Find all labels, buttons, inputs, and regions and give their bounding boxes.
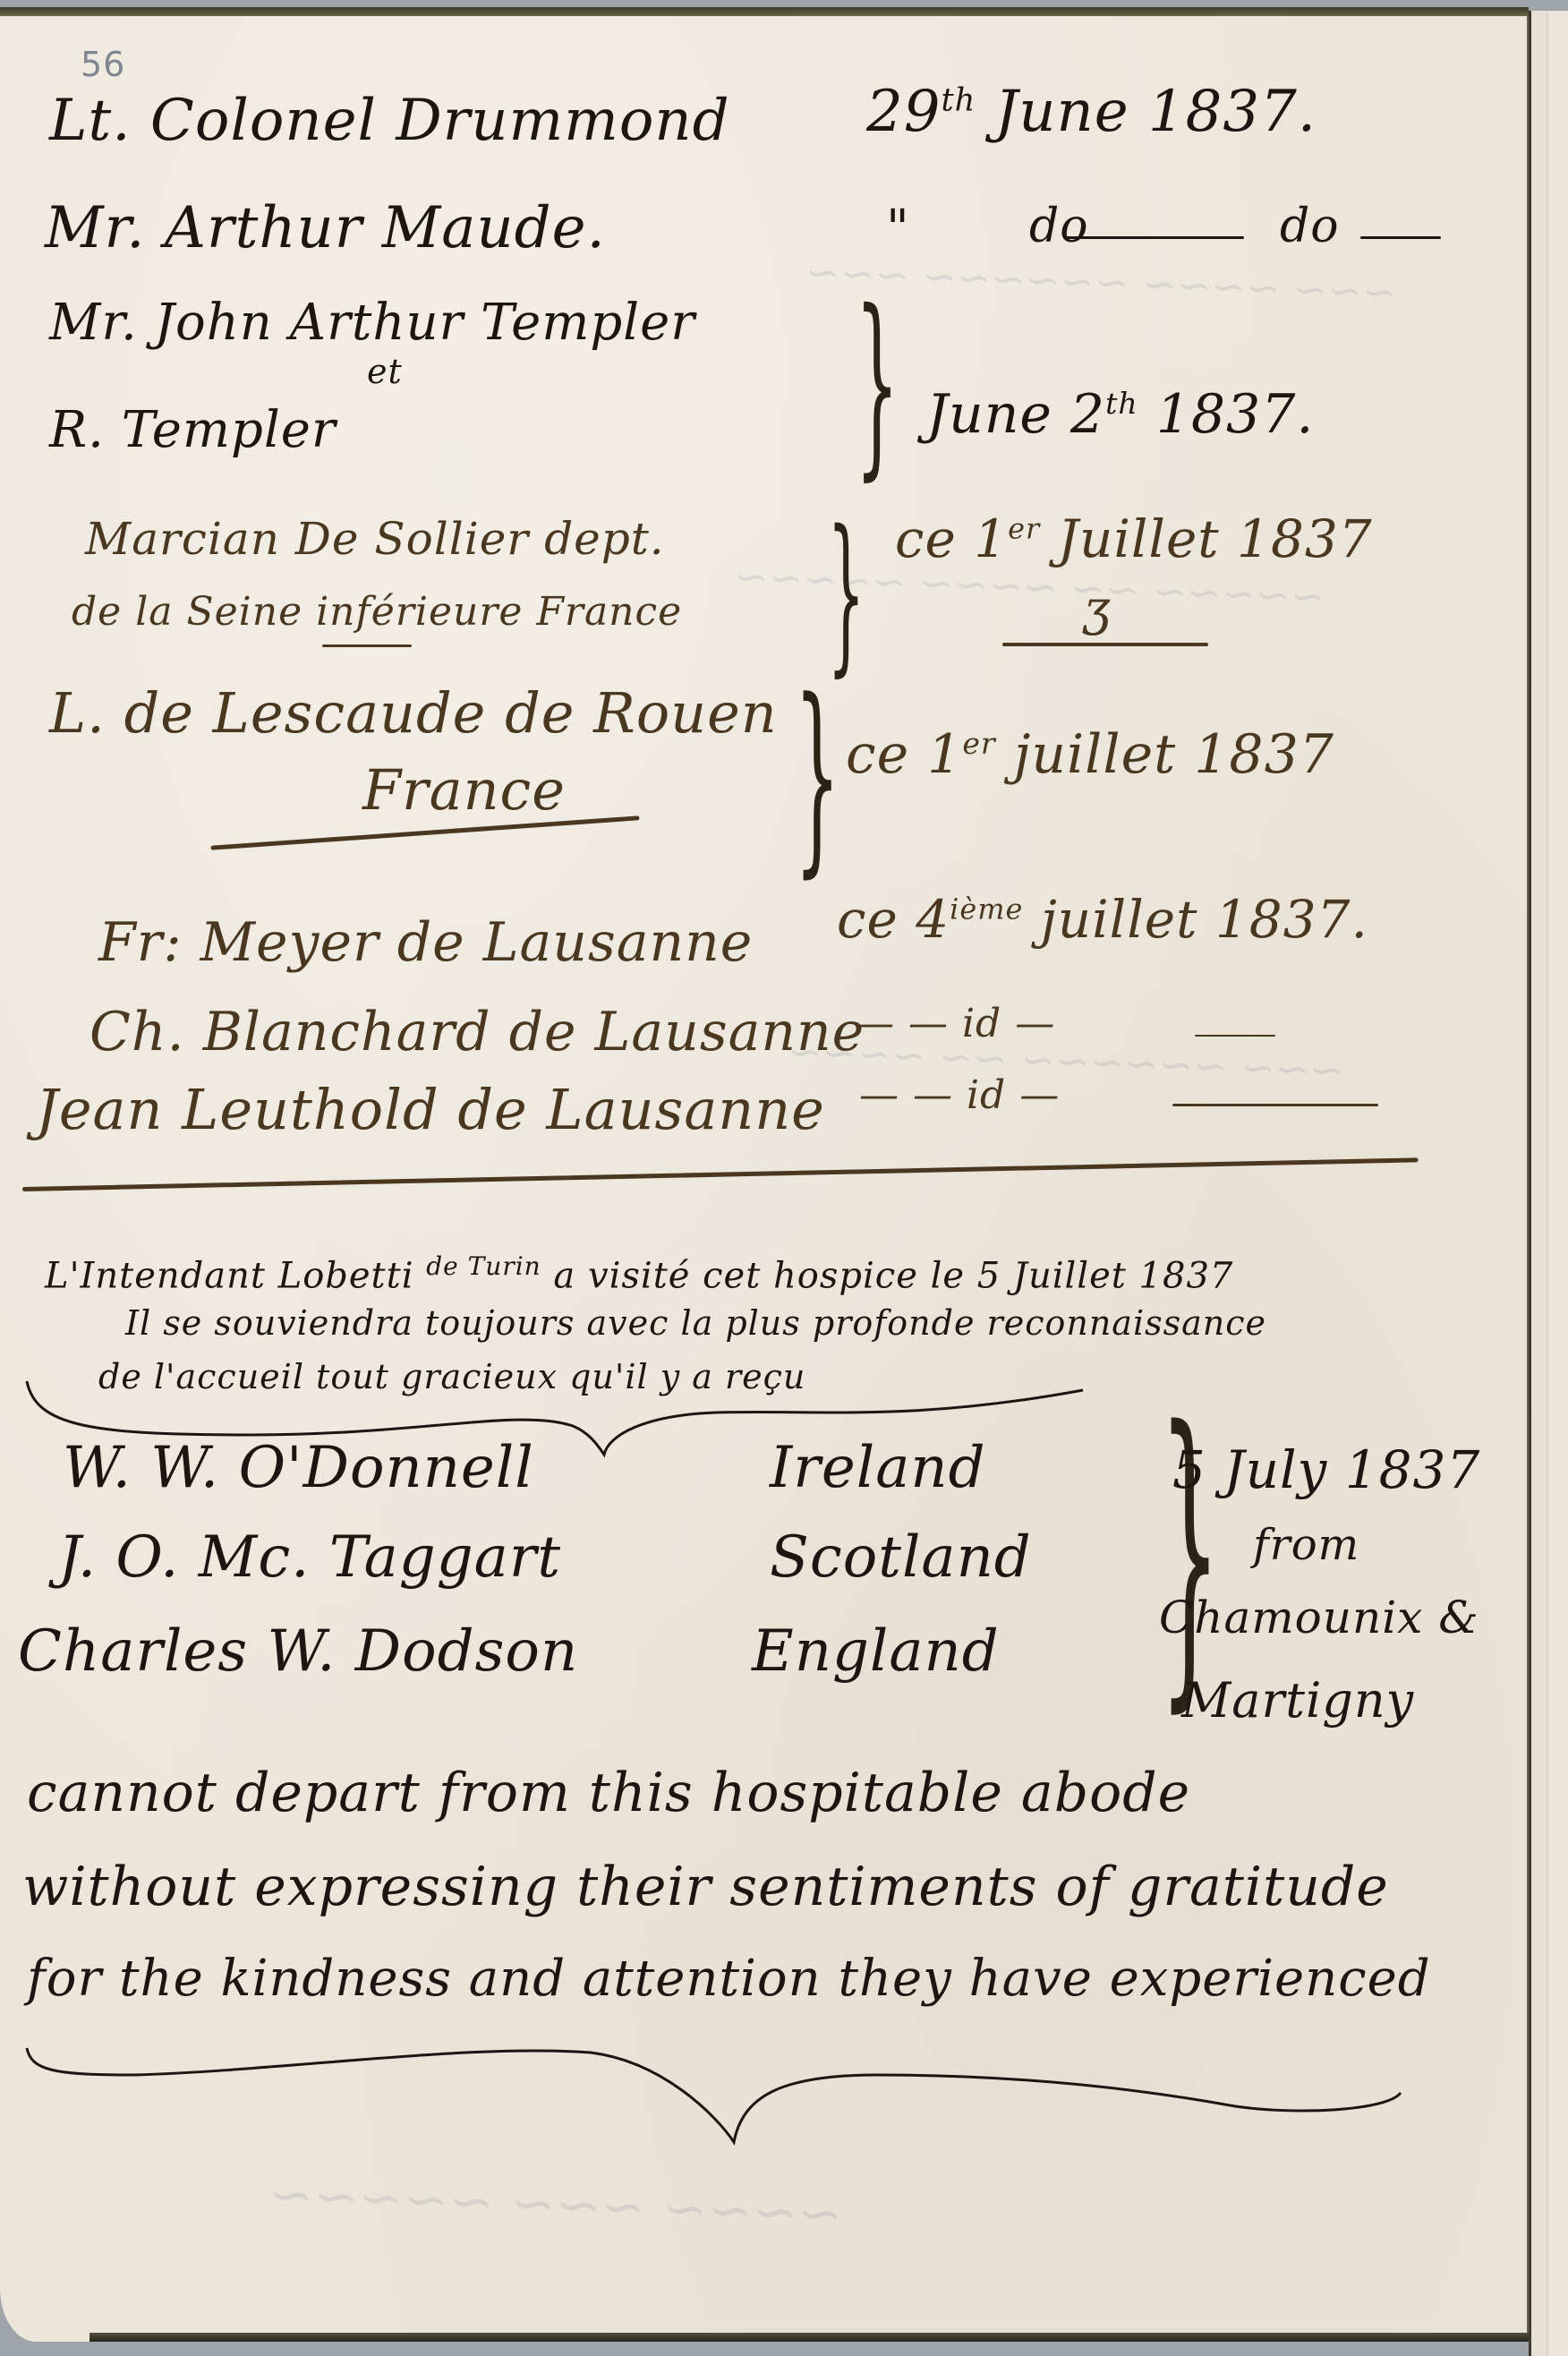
date-prefix: ce 1 bbox=[846, 723, 962, 786]
date-superscript: er bbox=[962, 726, 995, 761]
date-superscript: ième bbox=[950, 892, 1023, 926]
grouping-brace: } bbox=[855, 285, 899, 482]
adjacent-page-edge bbox=[1529, 11, 1568, 2356]
date-rest: 1837. bbox=[1156, 383, 1315, 446]
note-insert: de Turin bbox=[426, 1251, 541, 1281]
ditto-line bbox=[1172, 1104, 1378, 1106]
entry-name: Mr. Arthur Maude. bbox=[45, 195, 606, 261]
grouping-brace: } bbox=[827, 508, 865, 679]
group-country: Ireland bbox=[770, 1435, 986, 1501]
page-number: 56 bbox=[81, 45, 125, 84]
entry-date: June 2th 1837. bbox=[926, 383, 1314, 446]
group-message-line-3: for the kindness and attention they have… bbox=[27, 1950, 1431, 2008]
entry-name-line1: Marcian De Sollier dept. bbox=[85, 513, 665, 565]
note-line-2: Il se souviendra toujours avec la plus p… bbox=[125, 1303, 1266, 1343]
grouping-brace: } bbox=[795, 674, 840, 880]
group-origin: Martigny bbox=[1181, 1672, 1414, 1729]
bleed-through-text: ~~~~ ~~~ ~~~~~ bbox=[268, 2164, 843, 2246]
date-rest: juillet 1837 bbox=[1014, 723, 1334, 786]
group-name: Charles W. Dodson bbox=[18, 1618, 578, 1685]
date-rest: June 1837. bbox=[995, 79, 1317, 145]
underline bbox=[1002, 643, 1208, 646]
section-separator bbox=[22, 1157, 1419, 1191]
closing-brace-flourish bbox=[18, 2044, 1414, 2151]
entry-name-line2: R. Templer bbox=[49, 401, 337, 459]
entry-date: ce 4ième juillet 1837. bbox=[837, 889, 1368, 950]
note-line-1: L'Intendant Lobetti de Turin a visité ce… bbox=[45, 1251, 1233, 1296]
entry-name: Lt. Colonel Drummond bbox=[49, 88, 730, 154]
group-name: W. W. O'Donnell bbox=[63, 1435, 534, 1501]
group-message-line-1: cannot depart from this hospitable abode bbox=[27, 1762, 1190, 1824]
group-message-line-2: without expressing their sentiments of g… bbox=[22, 1856, 1389, 1918]
ditto-line bbox=[1195, 1035, 1275, 1037]
group-date: 5 July 1837 bbox=[1172, 1439, 1480, 1500]
entry-name-line2: de la Seine inférieure France bbox=[72, 589, 682, 635]
note-text: a visité cet hospice le 5 Juillet 1837 bbox=[553, 1255, 1233, 1296]
date-rest: Juillet 1837 bbox=[1058, 508, 1373, 569]
date-prefix: ce 1 bbox=[895, 508, 1008, 569]
page-bottom-edge bbox=[89, 2333, 1529, 2342]
date-superscript: th bbox=[941, 82, 976, 119]
ditto-mark: — — id — bbox=[855, 1001, 1055, 1046]
ditto-do: do bbox=[1029, 200, 1089, 253]
entry-name-line1: L. de Lescaude de Rouen bbox=[49, 680, 778, 746]
ditto-do: do bbox=[1280, 200, 1340, 253]
date-prefix: ce 4 bbox=[837, 889, 950, 950]
ditto-line bbox=[1065, 236, 1244, 239]
ditto-mark: " bbox=[886, 200, 910, 258]
entry-date: ce 1er juillet 1837 bbox=[846, 723, 1334, 786]
entry-name-join: et bbox=[367, 352, 403, 391]
group-country: Scotland bbox=[770, 1524, 1032, 1591]
grouping-brace: } bbox=[1159, 1390, 1221, 1712]
page-top-edge bbox=[0, 7, 1529, 16]
entry-date: ce 1er Juillet 1837 bbox=[895, 508, 1373, 569]
date-superscript: th bbox=[1105, 386, 1138, 421]
group-origin: Chamounix & bbox=[1159, 1592, 1479, 1643]
group-from: from bbox=[1253, 1520, 1359, 1570]
date-day: 29 bbox=[866, 79, 941, 145]
register-page: ~~~ ~~~~ ~~~~~~ ~~~ ~~~~~ ~~ ~~~~ ~~~~~ … bbox=[0, 7, 1529, 2342]
group-name: J. O. Mc. Taggart bbox=[58, 1524, 561, 1591]
flourish-mark: ʒ bbox=[1083, 580, 1111, 636]
date-rest: juillet 1837. bbox=[1041, 889, 1368, 950]
entry-name: Ch. Blanchard de Lausanne bbox=[89, 1001, 865, 1063]
entry-name-line2: France bbox=[362, 757, 566, 823]
underline bbox=[322, 644, 412, 647]
entry-name: Jean Leuthold de Lausanne bbox=[36, 1077, 825, 1142]
group-country: England bbox=[752, 1618, 1000, 1685]
ditto-mark: — — id — bbox=[859, 1072, 1060, 1118]
ditto-line bbox=[1360, 236, 1441, 239]
date-superscript: er bbox=[1008, 512, 1040, 546]
note-name: L'Intendant Lobetti bbox=[45, 1255, 414, 1296]
entry-date: 29th June 1837. bbox=[866, 79, 1317, 145]
date-prefix: June 2 bbox=[926, 383, 1105, 446]
entry-name-line1: Mr. John Arthur Templer bbox=[49, 294, 695, 352]
entry-name: Fr: Meyer de Lausanne bbox=[98, 911, 753, 974]
